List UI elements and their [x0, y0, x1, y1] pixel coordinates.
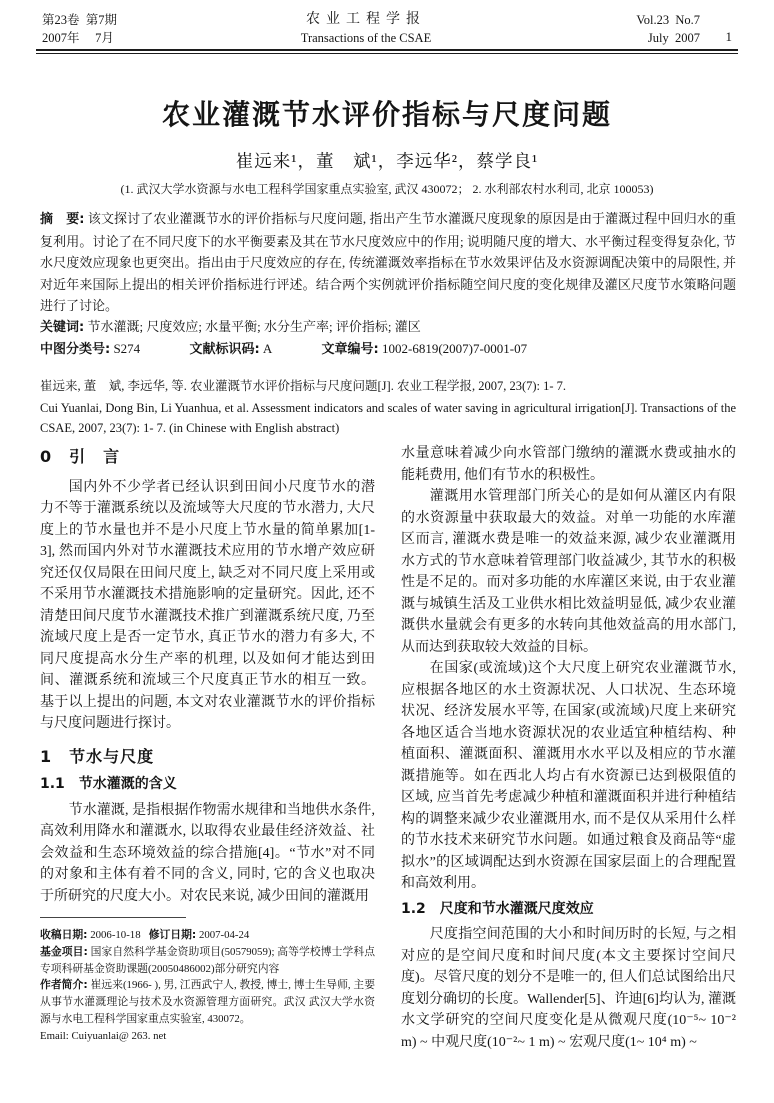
subsection-heading-1-1: 1.1 节水灌溉的含义: [40, 774, 375, 796]
journal-page: 第23卷 第7期 2007年 7月 农业工程学报 Transactions of…: [0, 0, 774, 1103]
journal-name-cn: 农业工程学报: [301, 11, 431, 29]
header-volume-issue-cn: 第23卷 第7期 2007年 7月: [42, 11, 182, 47]
year-month-line: 2007年 7月: [42, 29, 182, 47]
national-scale-paragraph: 在国家(或流域)这个大尺度上研究农业灌溉节水, 应根据各地区的水土资源状况、人口…: [401, 658, 736, 895]
journal-name-block: 农业工程学报 Transactions of the CSAE: [301, 11, 431, 47]
footnote-author-bio: 作者简介: 崔远来(1966- ), 男, 江西武宁人, 教授, 博士, 博士生…: [40, 977, 375, 1027]
footnotes-block: 收稿日期: 2006-10-18 修订日期: 2007-04-24 基金项目: …: [40, 927, 375, 1045]
subsection-1-1-paragraph: 节水灌溉, 是指根据作物需水规律和当地供水条件, 高效利用降水和灌溉水, 以取得…: [40, 800, 375, 908]
section-heading-1: 1 节水与尺度: [40, 746, 375, 768]
body-columns: 0 引 言 国内外不少学者已经认识到田间小尺度节水的潜力不等于灌溉系统以及流域等…: [40, 443, 736, 1089]
footnote-divider: [40, 917, 186, 918]
management-paragraph: 灌溉用水管理部门所关心的是如何从灌区内有限的水资源量中获取最大的效益。对单一功能…: [401, 486, 736, 658]
header-volume-issue-en: Vol.23 No.7 July 2007: [550, 11, 734, 47]
citation-block: 崔远来, 董 斌, 李远华, 等. 农业灌溉节水评价指标与尺度问题[J]. 农业…: [40, 376, 736, 439]
clc-number: 中图分类号: S274: [40, 338, 140, 361]
keywords-label: 关键词:: [40, 320, 84, 335]
keywords-text: 节水灌溉; 尺度效应; 水量平衡; 水分生产率; 评价指标; 灌区: [87, 319, 420, 334]
citation-english: Cui Yuanlai, Dong Bin, Li Yuanhua, et al…: [40, 398, 736, 439]
subsection-heading-1-2: 1.2 尺度和节水灌溉尺度效应: [401, 899, 736, 921]
scale-effect-paragraph: 尺度指空间范围的大小和时间历时的长短, 与之相对应的是空间尺度和时间尺度(本文主…: [401, 924, 736, 1053]
abstract-text: 该文探讨了农业灌溉节水的评价指标与尺度问题, 指出产生节水灌溉尺度现象的原因是由…: [40, 211, 736, 313]
footnote-dates: 收稿日期: 2006-10-18 修订日期: 2007-04-24: [40, 927, 375, 944]
page-number: 1: [726, 29, 733, 45]
volume-issue-line: 第23卷 第7期: [42, 11, 182, 29]
vol-no-line: Vol.23 No.7: [550, 11, 700, 29]
keywords-block: 关键词: 节水灌溉; 尺度效应; 水量平衡; 水分生产率; 评价指标; 灌区: [40, 316, 736, 339]
affiliation-line: (1. 武汉大学水资源与水电工程科学国家重点实验室, 武汉 430072； 2.…: [0, 180, 774, 197]
journal-name-en: Transactions of the CSAE: [301, 29, 431, 47]
intro-paragraph: 国内外不少学者已经认识到田间小尺度节水的潜力不等于灌溉系统以及流域等大尺度的节水…: [40, 477, 375, 735]
classification-line: 中图分类号: S274 文献标识码: A 文章编号: 1002-6819(200…: [40, 338, 736, 361]
abstract-label: 摘 要:: [40, 212, 84, 227]
footnote-funding: 基金项目: 国家自然科学基金资助项目(50579059); 高等学校博士学科点专…: [40, 944, 375, 978]
running-head: 第23卷 第7期 2007年 7月 农业工程学报 Transactions of…: [42, 11, 734, 47]
footnote-email: Email: Cuiyuanlai@ 263. net: [40, 1028, 375, 1045]
citation-chinese: 崔远来, 董 斌, 李远华, 等. 农业灌溉节水评价指标与尺度问题[J]. 农业…: [40, 376, 736, 397]
article-id: 文章编号: 1002-6819(2007)7-0001-07: [322, 338, 528, 361]
continued-paragraph: 水量意味着减少向水管部门缴纳的灌溉水费或抽水的能耗费用, 他们有节水的积极性。: [401, 443, 736, 486]
left-column: 0 引 言 国内外不少学者已经认识到田间小尺度节水的潜力不等于灌溉系统以及流域等…: [40, 443, 375, 1089]
section-heading-intro: 0 引 言: [40, 446, 375, 468]
month-year-line: July 2007: [550, 29, 700, 47]
right-column: 水量意味着减少向水管部门缴纳的灌溉水费或抽水的能耗费用, 他们有节水的积极性。 …: [401, 443, 736, 1089]
header-divider: [36, 49, 738, 54]
document-code: 文献标识码: A: [189, 338, 272, 361]
authors-line: 崔远来¹，董 斌¹，李远华²，蔡学良¹: [0, 148, 774, 173]
paper-title: 农业灌溉节水评价指标与尺度问题: [0, 93, 774, 133]
abstract-block: 摘 要: 该文探讨了农业灌溉节水的评价指标与尺度问题, 指出产生节水灌溉尺度现象…: [40, 208, 736, 317]
